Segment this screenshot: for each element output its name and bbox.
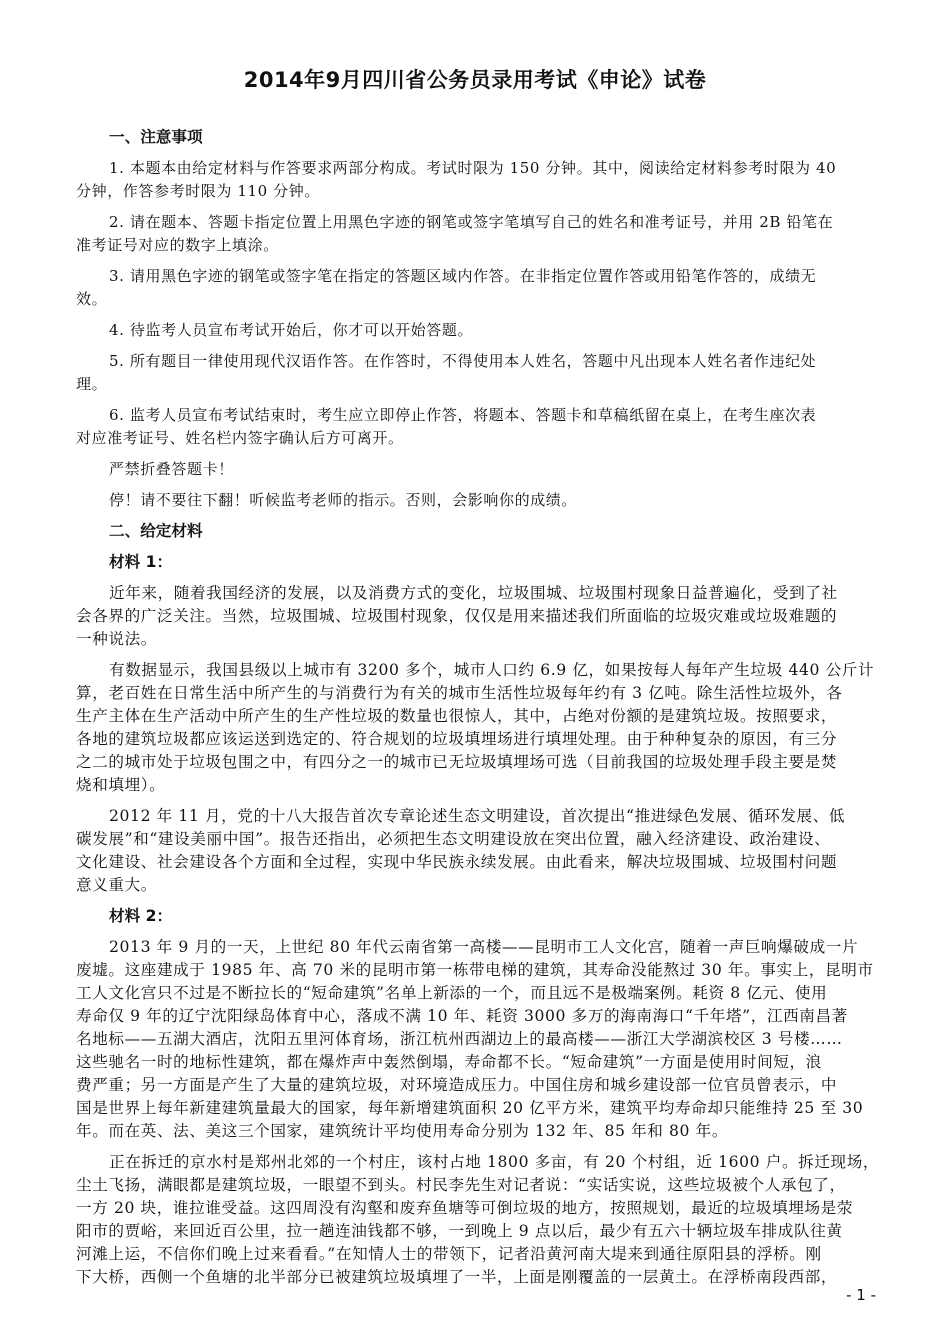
text-line: 费严重；另一方面是产生了大量的建筑垃圾，对环境造成压力。中国住房和城乡建设部一位… [76,1074,878,1097]
paragraph: 严禁折叠答题卡！ [76,458,878,481]
text-line: 严禁折叠答题卡！ [76,458,878,481]
text-line: 阳市的贾峪，来回近百公里，拉一趟连油钱都不够，一到晚上 9 点以后，最少有五六十… [76,1220,878,1243]
text-line: 有数据显示，我国县级以上城市有 3200 多个，城市人口约 6.9 亿，如果按每… [76,659,878,682]
paragraph: 5. 所有题目一律使用现代汉语作答。在作答时，不得使用本人姓名，答题中凡出现本人… [76,350,878,396]
text-line: 废墟。这座建成于 1985 年、高 70 米的昆明市第一栋带电梯的建筑，其寿命没… [76,959,878,982]
document-page: 2014年9月四川省公务员录用考试《申论》试卷 一、注意事项 1. 本题本由给定… [0,0,950,1344]
text-line: 各地的建筑垃圾都应该运送到选定的、符合规划的垃圾填埋场进行填埋处理。由于种种复杂… [76,728,878,751]
text-line: 工人文化宫只不过是不断拉长的“短命建筑”名单上新添的一个，而且远不是极端案例。耗… [76,982,878,1005]
text-line: 意义重大。 [76,874,878,897]
text-line: 正在拆迁的京水村是郑州北郊的一个村庄，该村占地 1800 多亩，有 20 个村组… [76,1151,878,1174]
text-line: 文化建设、社会建设各个方面和全过程，实现中华民族永续发展。由此看来，解决垃圾围城… [76,851,878,874]
paragraph: 2012 年 11 月，党的十八大报告首次专章论述生态文明建设，首次提出“推进绿… [76,805,878,897]
text-line: 5. 所有题目一律使用现代汉语作答。在作答时，不得使用本人姓名，答题中凡出现本人… [76,350,878,373]
section-heading-materials: 二、给定材料 [76,520,878,543]
paragraph: 6. 监考人员宣布考试结束时，考生应立即停止作答，将题本、答题卡和草稿纸留在桌上… [76,404,878,450]
text-line: 尘土飞扬，满眼都是建筑垃圾，一眼望不到头。村民李先生对记者说：“实话实说，这些垃… [76,1174,878,1197]
text-line: 近年来，随着我国经济的发展，以及消费方式的变化，垃圾围城、垃圾围村现象日益普遍化… [76,582,878,605]
text-line: 河滩上运，不信你们晚上过来看看。”在知情人士的带领下，记者沿黄河南大堤来到通往原… [76,1243,878,1266]
section-heading-notices: 一、注意事项 [76,126,878,149]
material-2-label: 材料 2： [76,905,878,928]
notices-list: 1. 本题本由给定材料与作答要求两部分构成。考试时限为 150 分钟。其中，阅读… [76,157,878,520]
text-line: 6. 监考人员宣布考试结束时，考生应立即停止作答，将题本、答题卡和草稿纸留在桌上… [76,404,878,427]
page-number: - 1 - [846,1286,876,1304]
text-line: 寿命仅 9 年的辽宁沈阳绿岛体育中心，落成不满 10 年、耗资 3000 多万的… [76,1005,878,1028]
text-line: 会各界的广泛关注。当然，垃圾围城、垃圾围村现象，仅仅是用来描述我们所面临的垃圾灾… [76,605,878,628]
text-line: 2012 年 11 月，党的十八大报告首次专章论述生态文明建设，首次提出“推进绿… [76,805,878,828]
paragraph: 3. 请用黑色字迹的钢笔或签字笔在指定的答题区域内作答。在非指定位置作答或用铅笔… [76,265,878,311]
text-line: 1. 本题本由给定材料与作答要求两部分构成。考试时限为 150 分钟。其中，阅读… [76,157,878,180]
paragraph: 2013 年 9 月的一天，上世纪 80 年代云南省第一高楼——昆明市工人文化宫… [76,936,878,1143]
text-line: 4. 待监考人员宣布考试开始后，你才可以开始答题。 [76,319,878,342]
paragraph: 1. 本题本由给定材料与作答要求两部分构成。考试时限为 150 分钟。其中，阅读… [76,157,878,203]
text-line: 算，老百姓在日常生活中所产生的与消费行为有关的城市生活性垃圾每年约有 3 亿吨。… [76,682,878,705]
text-line: 效。 [76,288,878,311]
paragraph: 有数据显示，我国县级以上城市有 3200 多个，城市人口约 6.9 亿，如果按每… [76,659,878,797]
text-line: 准考证号对应的数字上填涂。 [76,234,878,257]
document-title: 2014年9月四川省公务员录用考试《申论》试卷 [0,64,950,94]
text-line: 一方 20 块，谁拉谁受益。这四周没有沟壑和废弃鱼塘等可倒垃圾的地方，按照规划，… [76,1197,878,1220]
paragraph: 正在拆迁的京水村是郑州北郊的一个村庄，该村占地 1800 多亩，有 20 个村组… [76,1151,878,1289]
material-2-body: 2013 年 9 月的一天，上世纪 80 年代云南省第一高楼——昆明市工人文化宫… [76,936,878,1297]
text-line: 生产主体在生产活动中所产生的生产性垃圾的数量也很惊人，其中，占绝对份额的是建筑垃… [76,705,878,728]
text-line: 碳发展”和“建设美丽中国”。报告还指出，必须把生态文明建设放在突出位置，融入经济… [76,828,878,851]
material-1-label: 材料 1： [76,551,878,574]
text-line: 3. 请用黑色字迹的钢笔或签字笔在指定的答题区域内作答。在非指定位置作答或用铅笔… [76,265,878,288]
text-line: 2013 年 9 月的一天，上世纪 80 年代云南省第一高楼——昆明市工人文化宫… [76,936,878,959]
text-line: 理。 [76,373,878,396]
material-1-body: 近年来，随着我国经济的发展，以及消费方式的变化，垃圾围城、垃圾围村现象日益普遍化… [76,582,878,905]
text-line: 分钟，作答参考时限为 110 分钟。 [76,180,878,203]
text-line: 烧和填埋）。 [76,774,878,797]
text-line: 名地标——五湖大酒店，沈阳五里河体育场，浙江杭州西湖边上的最高楼——浙江大学湖滨… [76,1028,878,1051]
text-line: 对应准考证号、姓名栏内签字确认后方可离开。 [76,427,878,450]
text-line: 国是世界上每年新建建筑量最大的国家，每年新增建筑面积 20 亿平方米，建筑平均寿… [76,1097,878,1120]
text-line: 2. 请在题本、答题卡指定位置上用黑色字迹的钢笔或签字笔填写自己的姓名和准考证号… [76,211,878,234]
paragraph: 近年来，随着我国经济的发展，以及消费方式的变化，垃圾围城、垃圾围村现象日益普遍化… [76,582,878,651]
paragraph: 停！请不要往下翻！听候监考老师的指示。否则，会影响你的成绩。 [76,489,878,512]
text-line: 这些驰名一时的地标性建筑，都在爆炸声中轰然倒塌，寿命都不长。“短命建筑”一方面是… [76,1051,878,1074]
text-line: 之二的城市处于垃圾包围之中，有四分之一的城市已无垃圾填埋场可选（目前我国的垃圾处… [76,751,878,774]
paragraph: 2. 请在题本、答题卡指定位置上用黑色字迹的钢笔或签字笔填写自己的姓名和准考证号… [76,211,878,257]
text-line: 下大桥，西侧一个鱼塘的北半部分已被建筑垃圾填埋了一半，上面是刚覆盖的一层黄土。在… [76,1266,878,1289]
text-line: 停！请不要往下翻！听候监考老师的指示。否则，会影响你的成绩。 [76,489,878,512]
text-line: 年。而在英、法、美这三个国家，建筑统计平均使用寿命分别为 132 年、85 年和… [76,1120,878,1143]
text-line: 一种说法。 [76,628,878,651]
paragraph: 4. 待监考人员宣布考试开始后，你才可以开始答题。 [76,319,878,342]
document-body: 一、注意事项 1. 本题本由给定材料与作答要求两部分构成。考试时限为 150 分… [76,126,878,1297]
